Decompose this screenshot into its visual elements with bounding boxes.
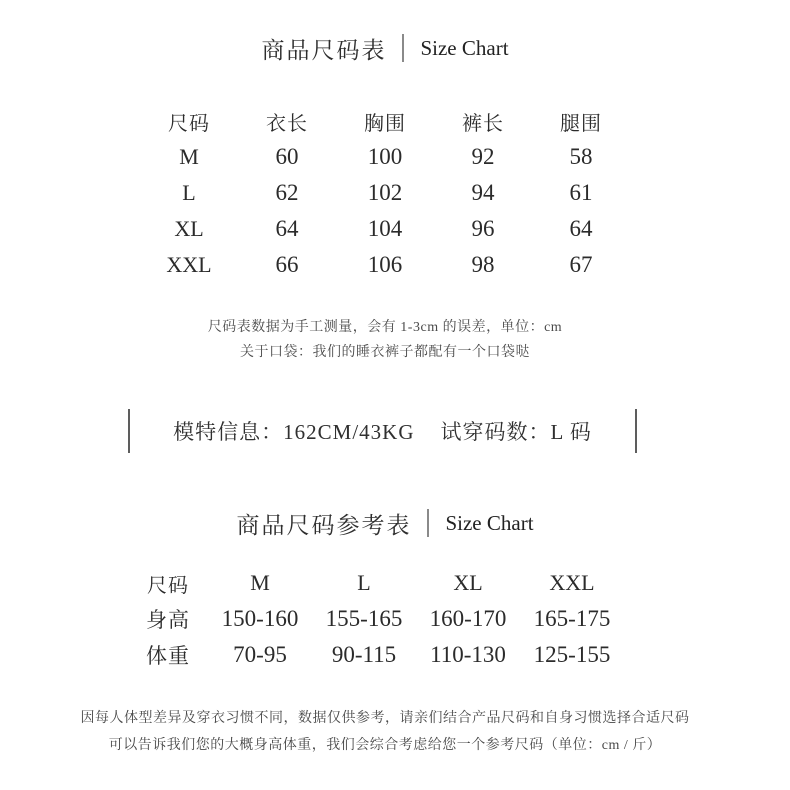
table1-cell: 98: [472, 252, 495, 278]
table2-header-xxl: XXL: [549, 570, 594, 596]
section1-title-zh: 商品尺码表: [261, 32, 386, 65]
table1-row-xl-size: XL: [174, 216, 203, 242]
garment-size-table: 尺码 衣长 胸围 裤长 腿围 M 60 100 92 58 L 62 102 9…: [140, 103, 630, 283]
table2-cell: 90-115: [332, 642, 396, 668]
table2-row-weight-label: 体重: [146, 640, 190, 670]
title-divider-bar: [402, 34, 404, 62]
table1-header-length: 衣长: [266, 107, 308, 136]
table1-header-size: 尺码: [168, 107, 210, 136]
table1-cell: 96: [472, 216, 495, 242]
table1-cell: 61: [570, 180, 593, 206]
table2-cell: 150-160: [222, 606, 299, 632]
table1-cell: 92: [472, 144, 495, 170]
section2-title-zh: 商品尺码参考表: [236, 507, 411, 540]
table1-cell: 62: [276, 180, 299, 206]
right-tick-mark: [635, 409, 637, 453]
title-divider-bar: [427, 509, 429, 537]
table2-header-size: 尺码: [147, 569, 189, 598]
table2-cell: 110-130: [430, 642, 506, 668]
left-tick-mark: [128, 409, 130, 453]
table1-cell: 64: [570, 216, 593, 242]
model-info-band: 模特信息：162CM/43KG 试穿码数：L 码: [128, 408, 637, 454]
table2-cell: 155-165: [326, 606, 403, 632]
table1-cell: 102: [368, 180, 403, 206]
section1-title: 商品尺码表 Size Chart: [0, 32, 770, 64]
table1-cell: 64: [276, 216, 299, 242]
note-ask-for-advice: 可以告诉我们您的大概身高体重，我们会综合考虑给您一个参考尺码（单位：cm / 斤…: [0, 732, 770, 759]
table1-header-bust: 胸围: [364, 107, 406, 136]
section1-title-en: Size Chart: [420, 36, 508, 61]
section2-title-en: Size Chart: [445, 511, 533, 536]
table2-cell: 160-170: [430, 606, 507, 632]
table1-row-m-size: M: [179, 144, 199, 170]
table1-cell: 104: [368, 216, 403, 242]
table1-cell: 94: [472, 180, 495, 206]
table1-cell: 60: [276, 144, 299, 170]
size-chart-page: 商品尺码表 Size Chart 尺码 衣长 胸围 裤长 腿围 M 60 100…: [0, 0, 790, 790]
table1-cell: 100: [368, 144, 403, 170]
note-pocket: 关于口袋：我们的睡衣裤子都配有一个口袋哒: [0, 340, 770, 365]
measurement-notes: 尺码表数据为手工测量，会有 1-3cm 的误差，单位：cm 关于口袋：我们的睡衣…: [0, 315, 770, 365]
model-info: 模特信息：162CM/43KG 试穿码数：L 码: [173, 416, 592, 446]
table2-header-l: L: [357, 570, 370, 596]
table1-cell: 67: [570, 252, 593, 278]
model-fit-size: 试穿码数：L 码: [441, 416, 592, 446]
table1-cell: 66: [276, 252, 299, 278]
model-stats: 模特信息：162CM/43KG: [173, 416, 414, 446]
table2-cell: 125-155: [534, 642, 611, 668]
table2-cell: 165-175: [534, 606, 611, 632]
table2-header-xl: XL: [453, 570, 482, 596]
note-measure-tolerance: 尺码表数据为手工测量，会有 1-3cm 的误差，单位：cm: [0, 315, 770, 340]
table1-header-leg: 腿围: [560, 107, 602, 136]
body-reference-table: 尺码 M L XL XXL 身高 150-160 155-165 160-170…: [128, 565, 624, 673]
table2-header-m: M: [250, 570, 270, 596]
table1-cell: 106: [368, 252, 403, 278]
footer-notes: 因每人体型差异及穿衣习惯不同，数据仅供参考，请亲们结合产品尺码和自身习惯选择合适…: [0, 705, 770, 759]
section2-title: 商品尺码参考表 Size Chart: [0, 507, 770, 539]
table1-row-l-size: L: [182, 180, 195, 206]
table1-cell: 58: [570, 144, 593, 170]
table2-cell: 70-95: [233, 642, 287, 668]
table2-row-height-label: 身高: [146, 604, 190, 634]
table1-row-xxl-size: XXL: [166, 252, 211, 278]
table1-header-pants: 裤长: [462, 107, 504, 136]
note-reference-only: 因每人体型差异及穿衣习惯不同，数据仅供参考，请亲们结合产品尺码和自身习惯选择合适…: [0, 705, 770, 732]
